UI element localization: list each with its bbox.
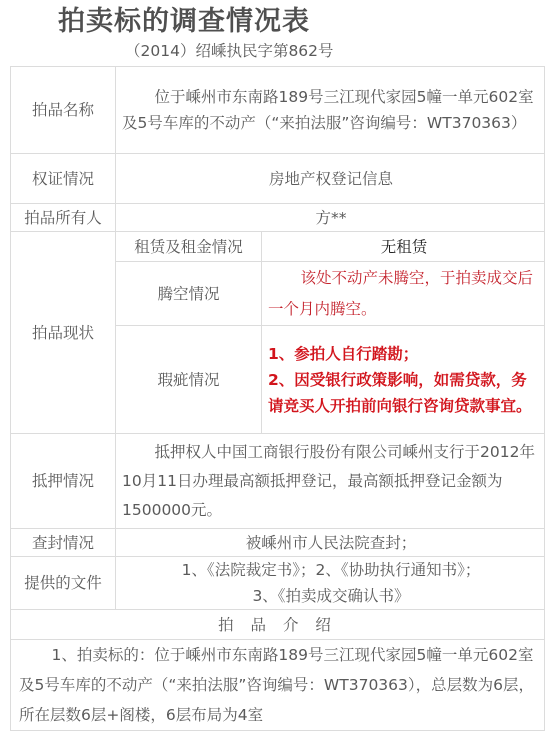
row-label: 拍品名称 bbox=[11, 67, 116, 154]
row-label: 查封情况 bbox=[11, 529, 116, 557]
title-certificate-value: 房地产权登记信息 bbox=[116, 154, 545, 204]
row-label: 权证情况 bbox=[11, 154, 116, 204]
table-row-owner: 拍品所有人 方** bbox=[11, 204, 545, 232]
document-title: 拍卖标的调查情况表 bbox=[58, 4, 310, 40]
documents-value: 1、《法院裁定书》；2、《协助执行通知书》； 3、《拍卖成交确认书》 bbox=[116, 557, 545, 610]
owner-value: 方** bbox=[116, 204, 545, 232]
case-number: （2014）绍嵊执民字第862号 bbox=[125, 40, 334, 62]
table-row-status-lease: 拍品现状 租赁及租金情况 无租赁 bbox=[11, 232, 545, 262]
row-label: 提供的文件 bbox=[11, 557, 116, 610]
sub-row-label: 腾空情况 bbox=[116, 262, 262, 326]
sub-row-label: 瑕疵情况 bbox=[116, 326, 262, 434]
lease-value: 无租赁 bbox=[262, 232, 545, 262]
seizure-value: 被嵊州市人民法院查封； bbox=[116, 529, 545, 557]
table-row-seizure: 查封情况 被嵊州市人民法院查封； bbox=[11, 529, 545, 557]
table-row-documents: 提供的文件 1、《法院裁定书》；2、《协助执行通知书》； 3、《拍卖成交确认书》 bbox=[11, 557, 545, 610]
defect-line: 2、因受银行政策影响，如需贷款，务请竞买人开拍前向银行咨询贷款事宜。 bbox=[268, 367, 540, 419]
item-name-value: 位于嵊州市东南路189号三江现代家园5幢一单元602室及5号车库的不动产（“来拍… bbox=[116, 67, 545, 154]
table-row-title-certificate: 权证情况 房地产权登记信息 bbox=[11, 154, 545, 204]
vacancy-value: 该处不动产未腾空，于拍卖成交后一个月内腾空。 bbox=[262, 262, 545, 326]
mortgage-value: 抵押权人中国工商银行股份有限公司嵊州支行于2012年10月11日办理最高额抵押登… bbox=[116, 434, 545, 529]
intro-text: 1、拍卖标的：位于嵊州市东南路189号三江现代家园5幢一单元602室及5号车库的… bbox=[11, 640, 545, 731]
row-label: 抵押情况 bbox=[11, 434, 116, 529]
defect-line: 1、参拍人自行踏勘； bbox=[268, 341, 540, 367]
row-label: 拍品所有人 bbox=[11, 204, 116, 232]
auction-survey-table: 拍品名称 位于嵊州市东南路189号三江现代家园5幢一单元602室及5号车库的不动… bbox=[10, 66, 545, 731]
defects-value: 1、参拍人自行踏勘； 2、因受银行政策影响，如需贷款，务请竞买人开拍前向银行咨询… bbox=[262, 326, 545, 434]
row-label: 拍品现状 bbox=[11, 232, 116, 434]
table-row-item-name: 拍品名称 位于嵊州市东南路189号三江现代家园5幢一单元602室及5号车库的不动… bbox=[11, 67, 545, 154]
table-row-mortgage: 抵押情况 抵押权人中国工商银行股份有限公司嵊州支行于2012年10月11日办理最… bbox=[11, 434, 545, 529]
table-row-intro-title: 拍 品 介 绍 bbox=[11, 610, 545, 640]
intro-title: 拍 品 介 绍 bbox=[11, 610, 545, 640]
sub-row-label: 租赁及租金情况 bbox=[116, 232, 262, 262]
document-line: 3、《拍卖成交确认书》 bbox=[122, 583, 540, 609]
table-row-intro-text: 1、拍卖标的：位于嵊州市东南路189号三江现代家园5幢一单元602室及5号车库的… bbox=[11, 640, 545, 731]
document-line: 1、《法院裁定书》；2、《协助执行通知书》； bbox=[122, 557, 540, 583]
